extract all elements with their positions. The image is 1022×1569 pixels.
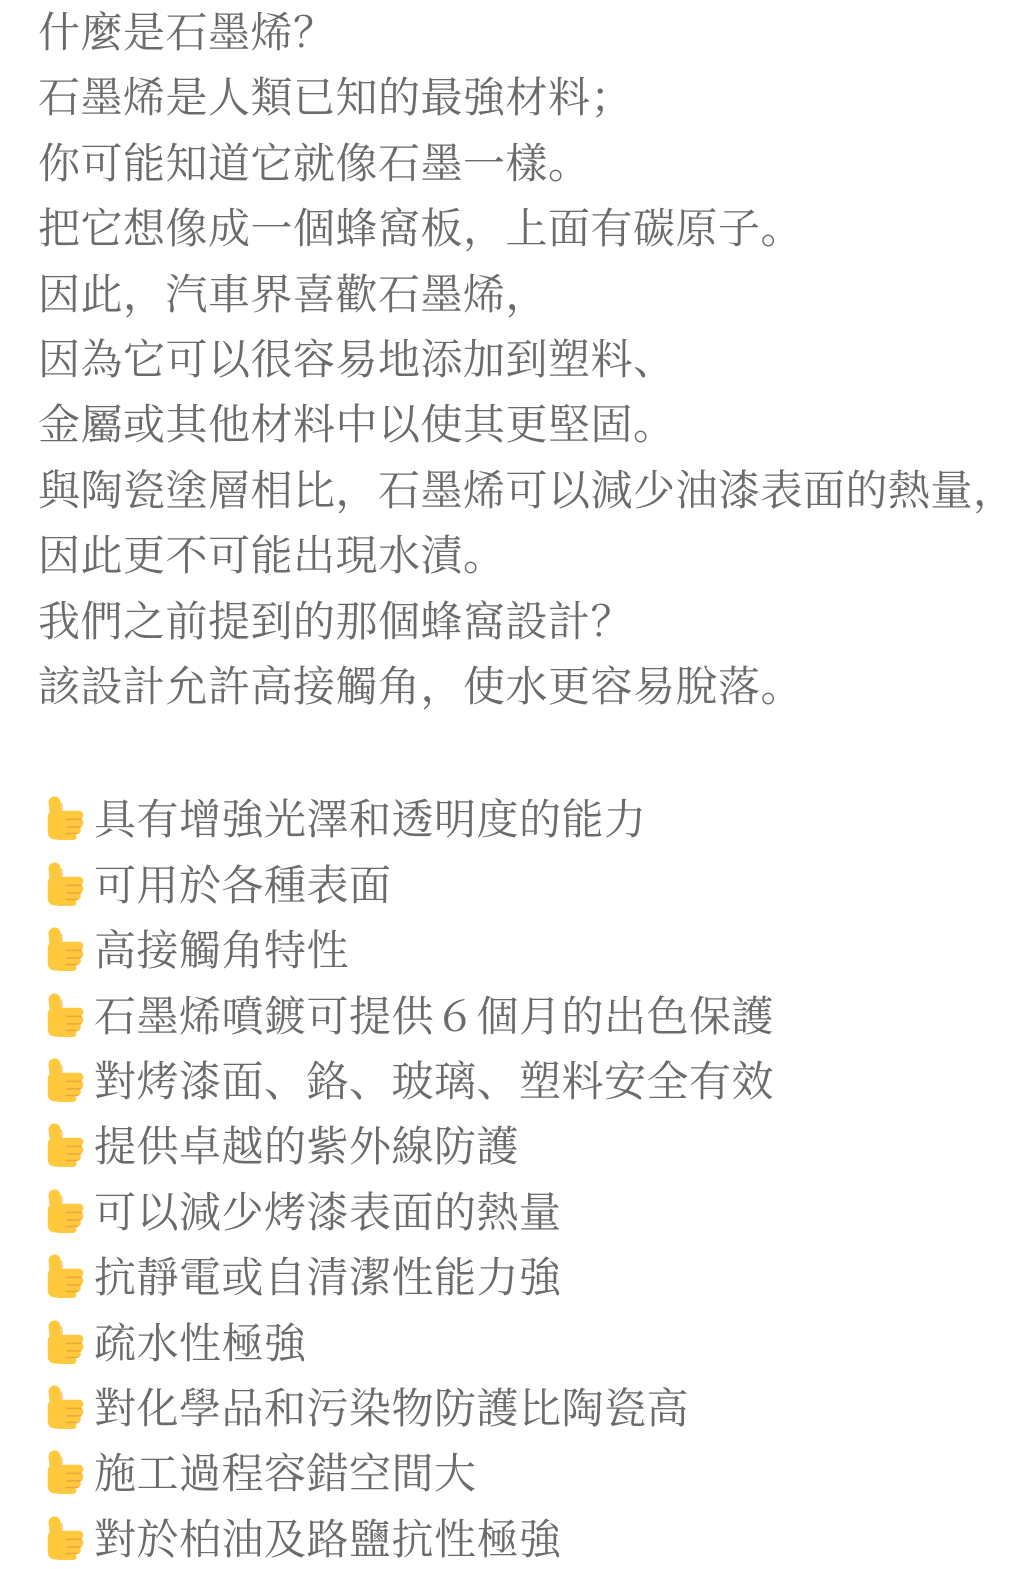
benefit-text: 對化學品和污染物防護比陶瓷高 — [94, 1376, 689, 1436]
thumbs-up-icon — [39, 1119, 89, 1169]
benefit-text: 高接觸角特性 — [94, 918, 349, 978]
intro-line: 把它想像成一個蜂窩板，上面有碳原子。 — [38, 196, 1022, 261]
benefit-text: 可用於各種表面 — [94, 853, 392, 913]
benefit-text: 石墨烯噴鍍可提供６個月的出色保護 — [94, 984, 774, 1044]
intro-line: 與陶瓷塗層相比，石墨烯可以減少油漆表面的熱量， — [38, 458, 1022, 523]
thumbs-up-icon — [39, 1446, 89, 1496]
benefit-item: 對化學品和污染物防護比陶瓷高 — [38, 1373, 1022, 1438]
benefit-item: 可以減少烤漆表面的熱量 — [38, 1177, 1022, 1242]
intro-line: 你可能知道它就像石墨一樣。 — [38, 131, 1022, 196]
thumbs-up-icon — [39, 1054, 89, 1104]
benefit-item: 提供卓越的紫外線防護 — [38, 1112, 1022, 1177]
thumbs-up-icon — [39, 1512, 89, 1562]
intro-line: 因為它可以很容易地添加到塑料、 — [38, 327, 1022, 392]
thumbs-up-icon — [39, 1316, 89, 1366]
benefit-item: 石墨烯噴鍍可提供６個月的出色保護 — [38, 981, 1022, 1046]
paragraph-gap — [38, 719, 1022, 784]
benefit-item: 可用於各種表面 — [38, 850, 1022, 915]
benefit-text: 可以減少烤漆表面的熱量 — [94, 1180, 562, 1240]
benefit-text: 疏水性極強 — [94, 1311, 307, 1371]
thumbs-up-icon — [39, 989, 89, 1039]
benefit-item: 施工過程容錯空間大 — [38, 1439, 1022, 1504]
benefit-text: 對於柏油及路鹽抗性極強 — [94, 1507, 562, 1567]
intro-line: 我們之前提到的那個蜂窩設計？ — [38, 589, 1022, 654]
intro-line: 石墨烯是人類已知的最強材料； — [38, 65, 1022, 130]
thumbs-up-icon — [39, 792, 89, 842]
intro-line: 因此更不可能出現水漬。 — [38, 523, 1022, 588]
benefit-item: 疏水性極強 — [38, 1308, 1022, 1373]
intro-line: 什麼是石墨烯？ — [38, 0, 1022, 65]
intro-line: 因此，汽車界喜歡石墨烯， — [38, 262, 1022, 327]
graphene-description: 什麼是石墨烯？ 石墨烯是人類已知的最強材料； 你可能知道它就像石墨一樣。 把它想… — [0, 0, 1022, 1569]
benefit-text: 具有增強光澤和透明度的能力 — [94, 787, 647, 847]
benefit-text: 抗靜電或自清潔性能力強 — [94, 1245, 562, 1305]
intro-line: 金屬或其他材料中以使其更堅固。 — [38, 392, 1022, 457]
benefit-item: 高接觸角特性 — [38, 915, 1022, 980]
intro-line: 該設計允許高接觸角，使水更容易脫落。 — [38, 654, 1022, 719]
thumbs-up-icon — [39, 1185, 89, 1235]
thumbs-up-icon — [39, 923, 89, 973]
benefit-item: 對烤漆面、鉻、玻璃、塑料安全有效 — [38, 1046, 1022, 1111]
benefit-text: 提供卓越的紫外線防護 — [94, 1114, 519, 1174]
benefit-item: 抗靜電或自清潔性能力強 — [38, 1242, 1022, 1307]
thumbs-up-icon — [39, 1250, 89, 1300]
thumbs-up-icon — [39, 858, 89, 908]
benefit-text: 對烤漆面、鉻、玻璃、塑料安全有效 — [94, 1049, 774, 1109]
benefit-item: 對於柏油及路鹽抗性極強 — [38, 1504, 1022, 1569]
benefit-item: 具有增強光澤和透明度的能力 — [38, 785, 1022, 850]
thumbs-up-icon — [39, 1381, 89, 1431]
benefit-text: 施工過程容錯空間大 — [94, 1441, 477, 1501]
